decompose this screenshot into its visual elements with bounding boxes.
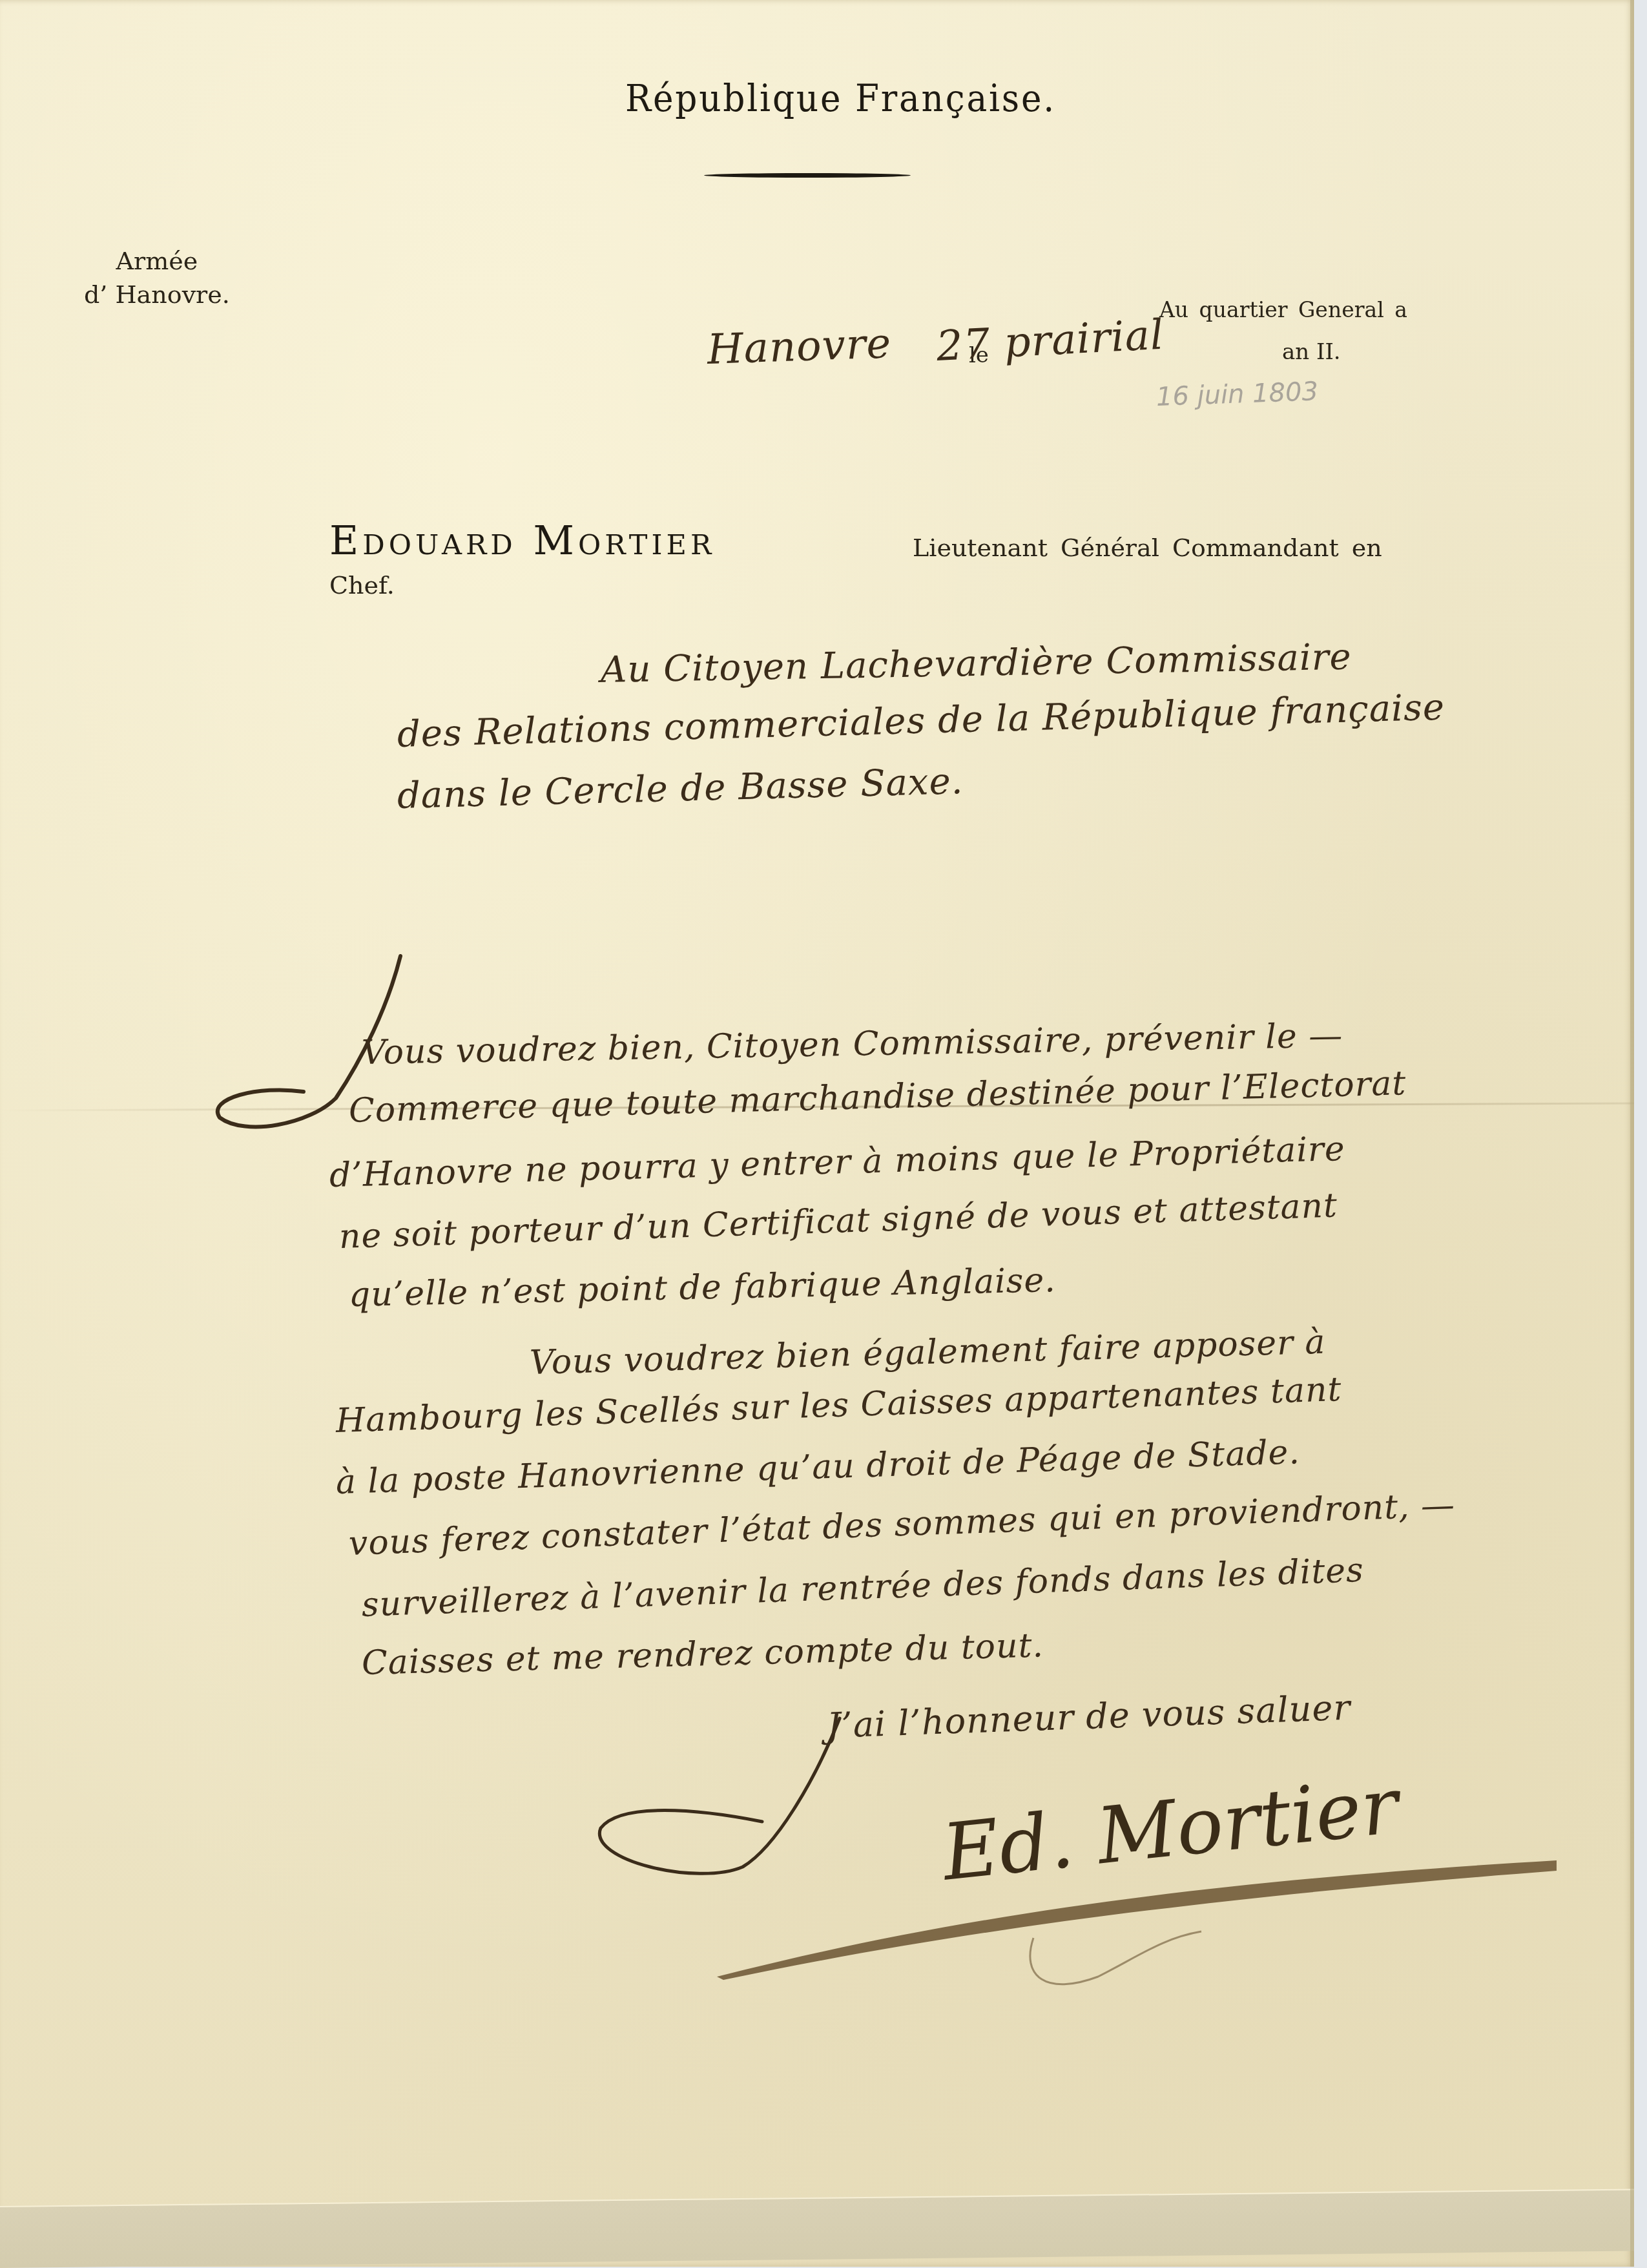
body-line-1: Vous voudrez bien, Citoyen Commissaire, …	[361, 1016, 1343, 1072]
body-line-2: Commerce que toute marchandise destinée …	[348, 1064, 1407, 1130]
body-line-8: à la poste Hanovrienne qu’au droit de Pé…	[335, 1433, 1301, 1502]
date-handwritten: 27 prairial	[935, 311, 1165, 371]
body-line-10: surveillerez à l’avenir la rentrée des f…	[361, 1551, 1365, 1625]
army-label: Armée d’ Hanovre.	[84, 244, 230, 311]
body-line-7: Hambourg les Scellés sur les Caisses app…	[335, 1370, 1342, 1441]
addressee-line-2: des Relations commerciales de la Républi…	[397, 687, 1445, 756]
paper-bottom-fold	[0, 2189, 1634, 2267]
letterhead-title: République Française.	[625, 76, 1056, 120]
addressee-line-3: dans le Cercle de Basse Saxe.	[397, 760, 964, 817]
body-line-9: vous ferez constater l’état des sommes q…	[348, 1486, 1456, 1563]
letter-page: République Française. Armée d’ Hanovre. …	[0, 0, 1634, 2267]
army-label-line2: d’ Hanovre.	[84, 278, 230, 311]
body-line-6: Vous voudrez bien également faire appose…	[529, 1323, 1326, 1382]
army-label-line1: Armée	[84, 244, 230, 278]
sender-title: Lieutenant Général Commandant en	[913, 534, 1382, 562]
body-line-3: d’Hanovre ne pourra y entrer à moins que…	[329, 1130, 1345, 1195]
place-handwritten: Hanovre	[707, 320, 893, 374]
body-line-11: Caisses et me rendrez compte du tout.	[361, 1626, 1044, 1683]
year-label: an II.	[1282, 339, 1341, 365]
sender-title-cont: Chef.	[329, 571, 395, 599]
letterhead-rule	[704, 173, 911, 178]
signature: Ed. Mortier	[938, 1761, 1403, 1898]
pencil-date-annotation: 16 juin 1803	[1155, 377, 1319, 412]
body-line-5: qu’elle n’est point de fabrique Anglaise…	[348, 1261, 1056, 1315]
closing-salutation: J’ai l’honneur de vous saluer	[826, 1687, 1351, 1746]
headquarters-label: Au quartier General a	[1159, 297, 1407, 322]
body-line-4: ne soit porteur d’un Certificat signé de…	[338, 1186, 1338, 1256]
addressee-line-1: Au Citoyen Lachevardière Commissaire	[600, 636, 1352, 691]
sender-name: Edouard Mortier	[329, 517, 715, 564]
